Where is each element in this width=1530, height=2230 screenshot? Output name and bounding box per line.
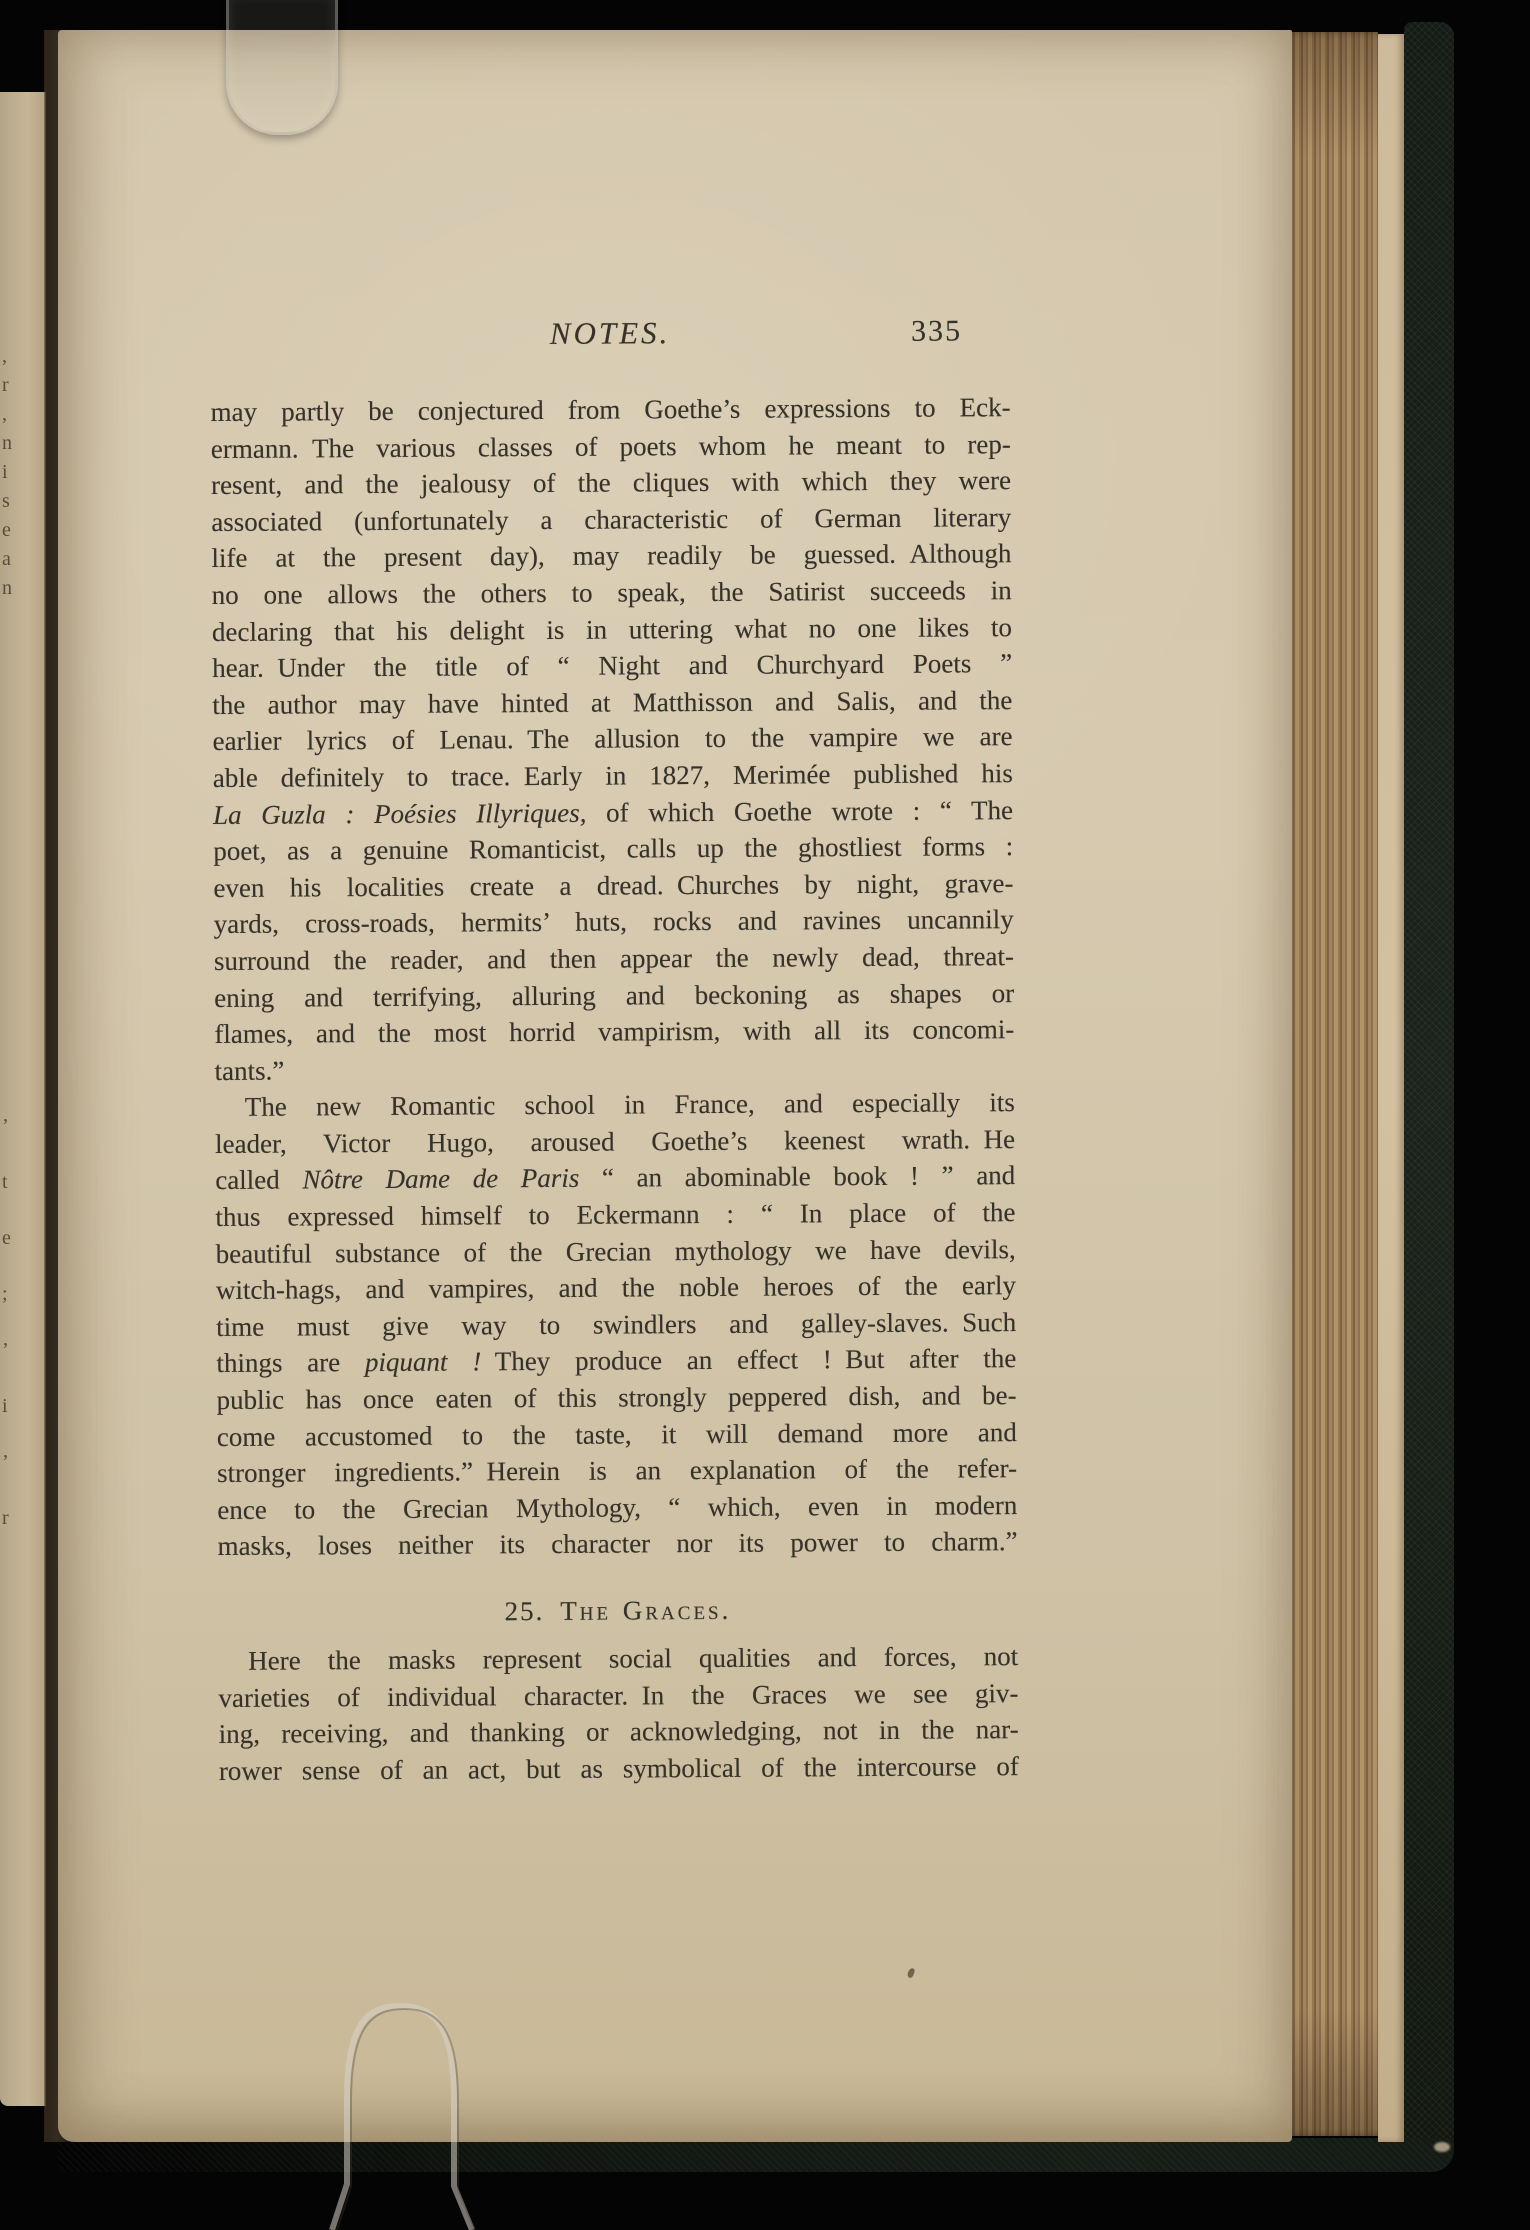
book-photo: ,r,nisean ’te;’i’r NOTES. 335 may partly…: [0, 0, 1530, 2230]
bottom-page-clip: [0, 0, 1530, 2230]
clip-outline: [332, 2006, 472, 2230]
